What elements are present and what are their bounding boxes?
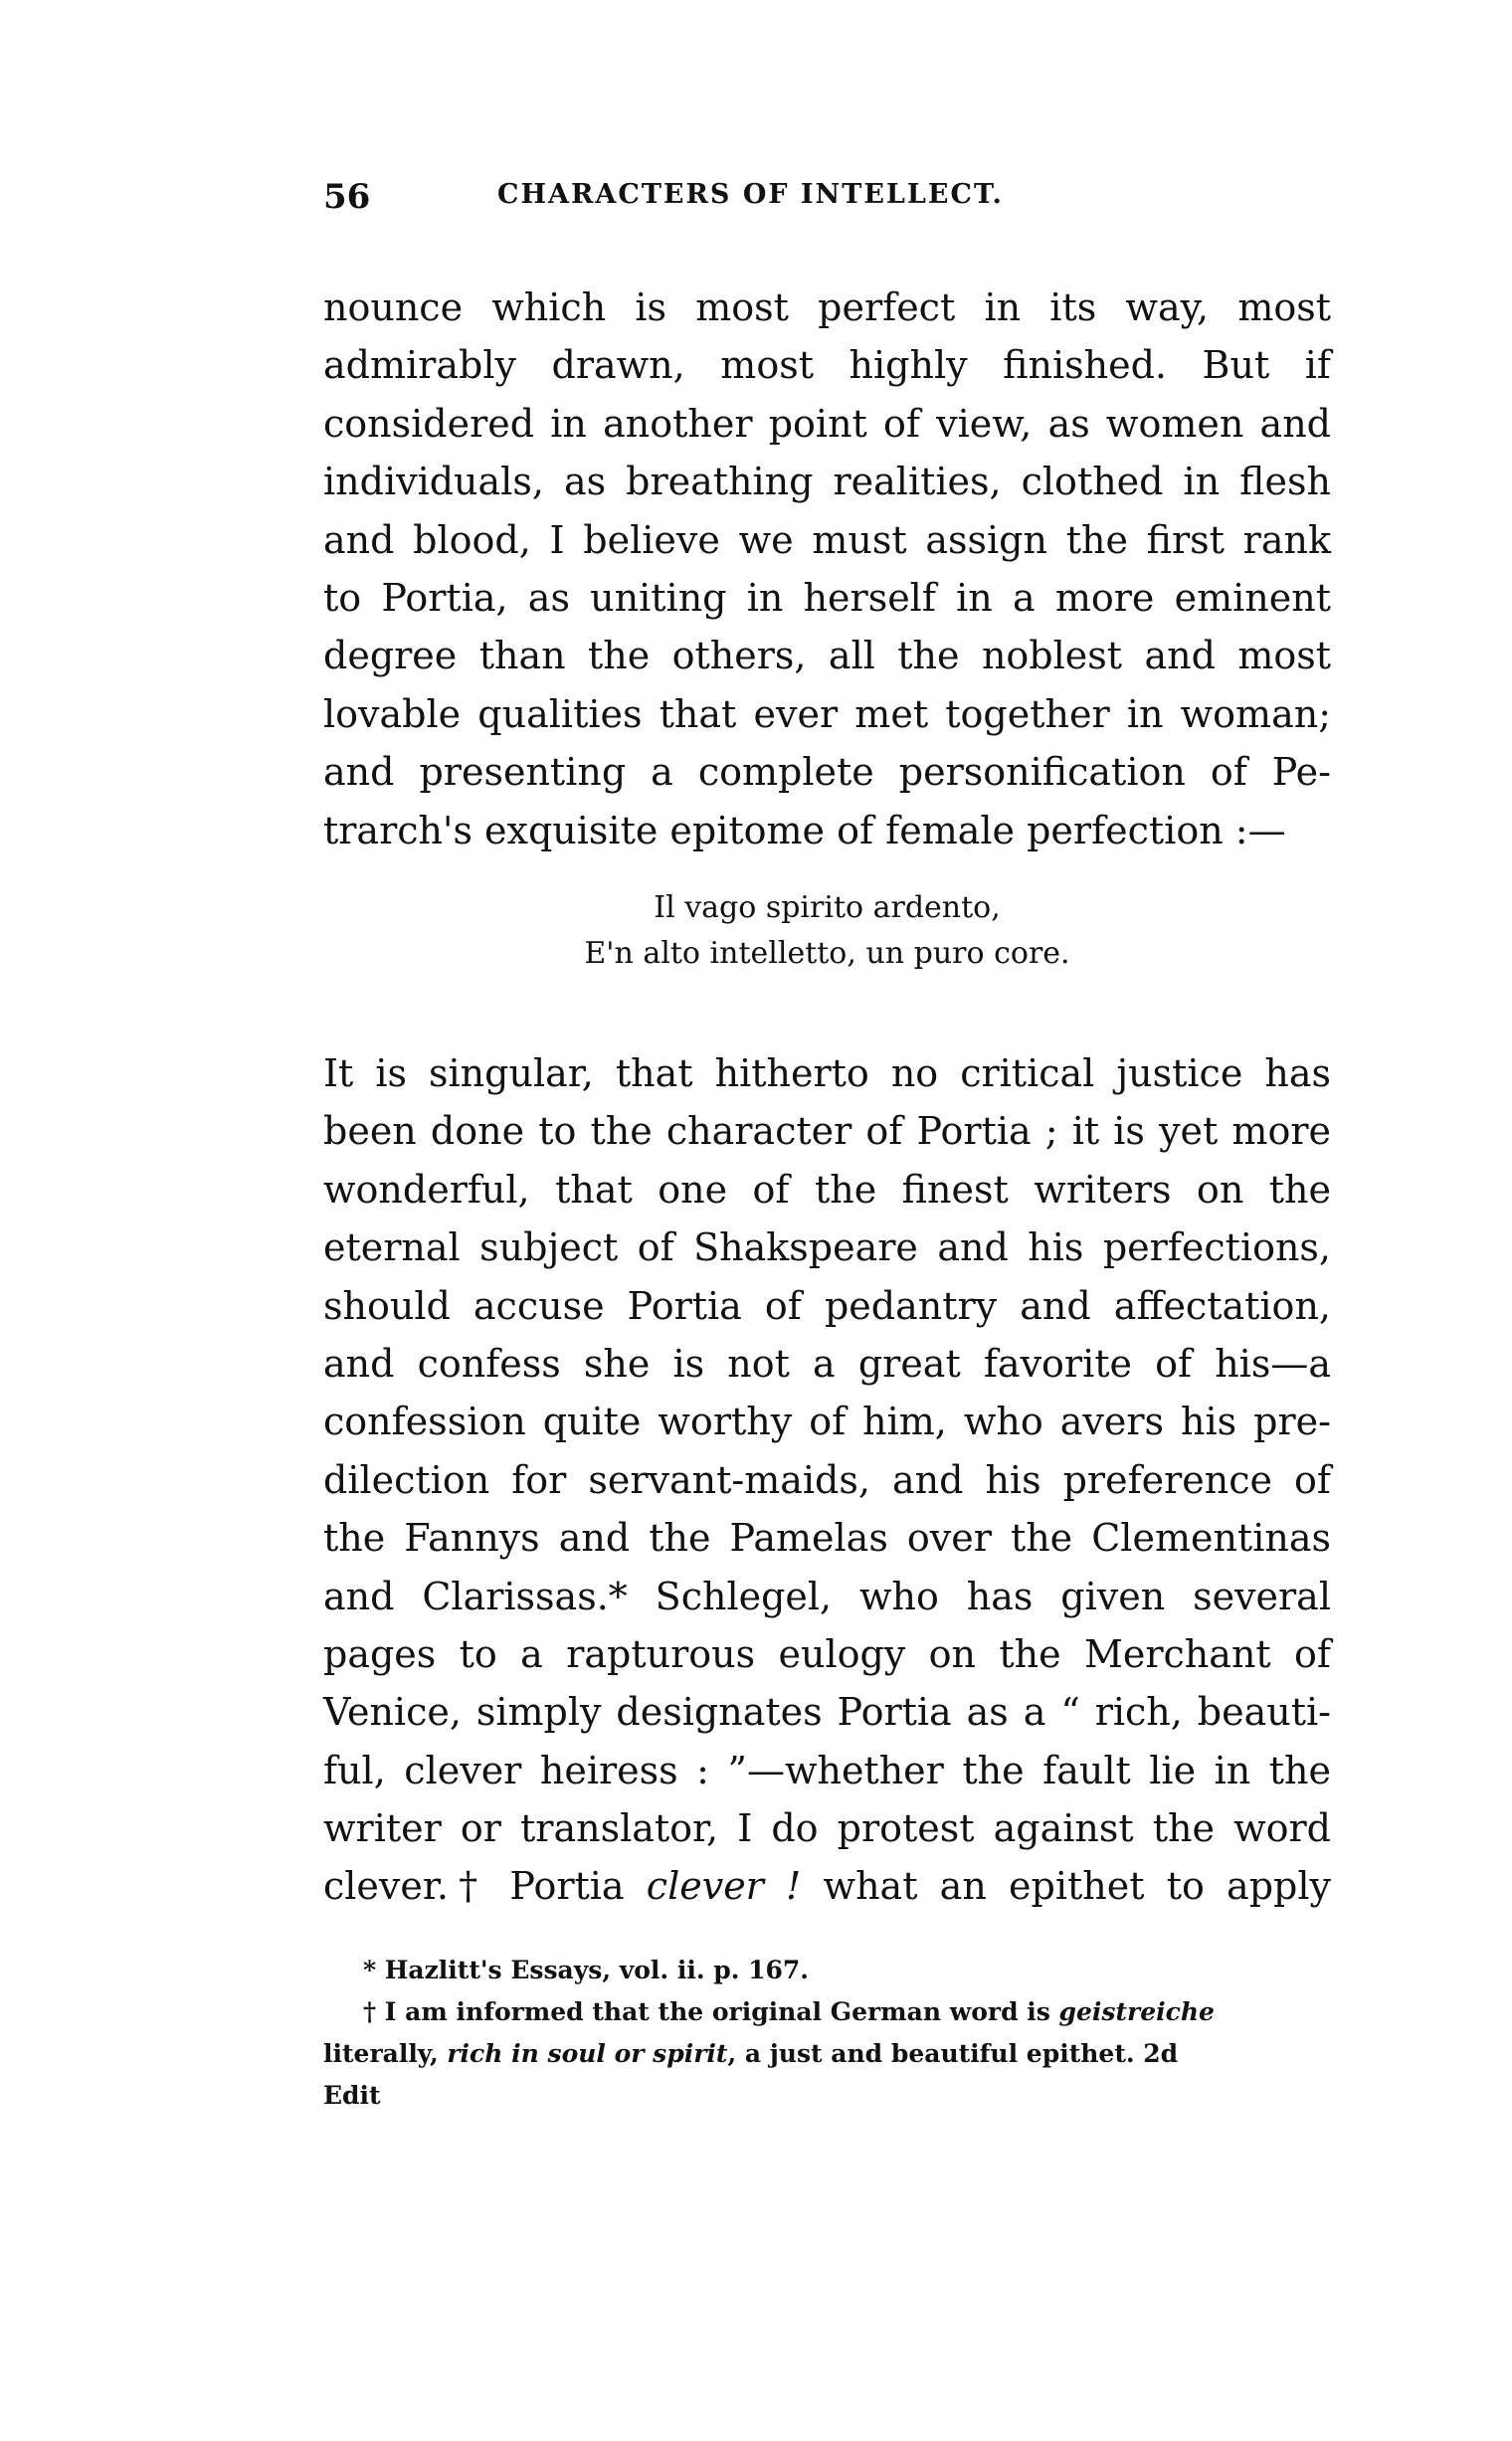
running-title: CHARACTERS OF INTELLECT. bbox=[497, 179, 1004, 210]
verse-line: E'n alto intelletto, un puro core. bbox=[323, 931, 1331, 977]
text-line-last: clever.† Portia clever ! what an epithet… bbox=[323, 1857, 1331, 1915]
text-line: ful, clever heiress : ”—whether the faul… bbox=[323, 1742, 1331, 1799]
text-line: the Fannys and the Pamelas over the Clem… bbox=[323, 1509, 1331, 1567]
page-header: 56 CHARACTERS OF INTELLECT. bbox=[323, 177, 1331, 217]
text-line: and Clarissas.* Schlegel, who has given … bbox=[323, 1568, 1331, 1625]
paragraph-2: It is singular, that hitherto no critica… bbox=[323, 1044, 1331, 1916]
text-line: It is singular, that hitherto no critica… bbox=[323, 1044, 1331, 1102]
text-line: and blood, I believe we must assign the … bbox=[323, 511, 1331, 569]
page-number: 56 bbox=[323, 177, 370, 217]
text-line: dilection for servant-maids, and his pre… bbox=[323, 1451, 1331, 1509]
text-line: Venice, simply designates Portia as a “ … bbox=[323, 1683, 1331, 1741]
text-line: degree than the others, all the noblest … bbox=[323, 627, 1331, 684]
text-line: considered in another point of view, as … bbox=[323, 395, 1331, 453]
text-line: wonderful, that one of the finest writer… bbox=[323, 1161, 1331, 1219]
text-line: nounce which is most perfect in its way,… bbox=[323, 279, 1331, 336]
text-line: to Portia, as uniting in herself in a mo… bbox=[323, 569, 1331, 627]
text-line: and presenting a complete personificatio… bbox=[323, 743, 1331, 801]
text-line: admirably drawn, most highly finished. B… bbox=[323, 336, 1331, 394]
footnote-1: * Hazlitt's Essays, vol. ii. p. 167. bbox=[323, 1950, 1331, 1991]
footnote-2-cont: literally, rich in soul or spirit, a jus… bbox=[323, 2033, 1331, 2075]
verse-line: Il vago spirito ardento, bbox=[323, 885, 1331, 931]
text-line: writer or translator, I do protest again… bbox=[323, 1799, 1331, 1857]
footnote-2-end: Edit bbox=[323, 2075, 1331, 2117]
text-line: confession quite worthy of him, who aver… bbox=[323, 1393, 1331, 1450]
text-line: eternal subject of Shakspeare and his pe… bbox=[323, 1219, 1331, 1276]
text-line: pages to a rapturous eulogy on the Merch… bbox=[323, 1625, 1331, 1683]
footnote-2: † I am informed that the original German… bbox=[323, 1991, 1331, 2033]
text-line: should accuse Portia of pedantry and aff… bbox=[323, 1277, 1331, 1335]
verse-quote: Il vago spirito ardento, E'n alto intell… bbox=[323, 885, 1331, 977]
paragraph-1: nounce which is most perfect in its way,… bbox=[323, 279, 1331, 859]
text-line: lovable qualities that ever met together… bbox=[323, 685, 1331, 743]
text-line: trarch's exquisite epitome of female per… bbox=[323, 802, 1331, 859]
text-line: and confess she is not a great favorite … bbox=[323, 1335, 1331, 1393]
text-line: individuals, as breathing realities, clo… bbox=[323, 453, 1331, 510]
text-line: been done to the character of Portia ; i… bbox=[323, 1102, 1331, 1160]
footnotes: * Hazlitt's Essays, vol. ii. p. 167. † I… bbox=[323, 1950, 1331, 2117]
